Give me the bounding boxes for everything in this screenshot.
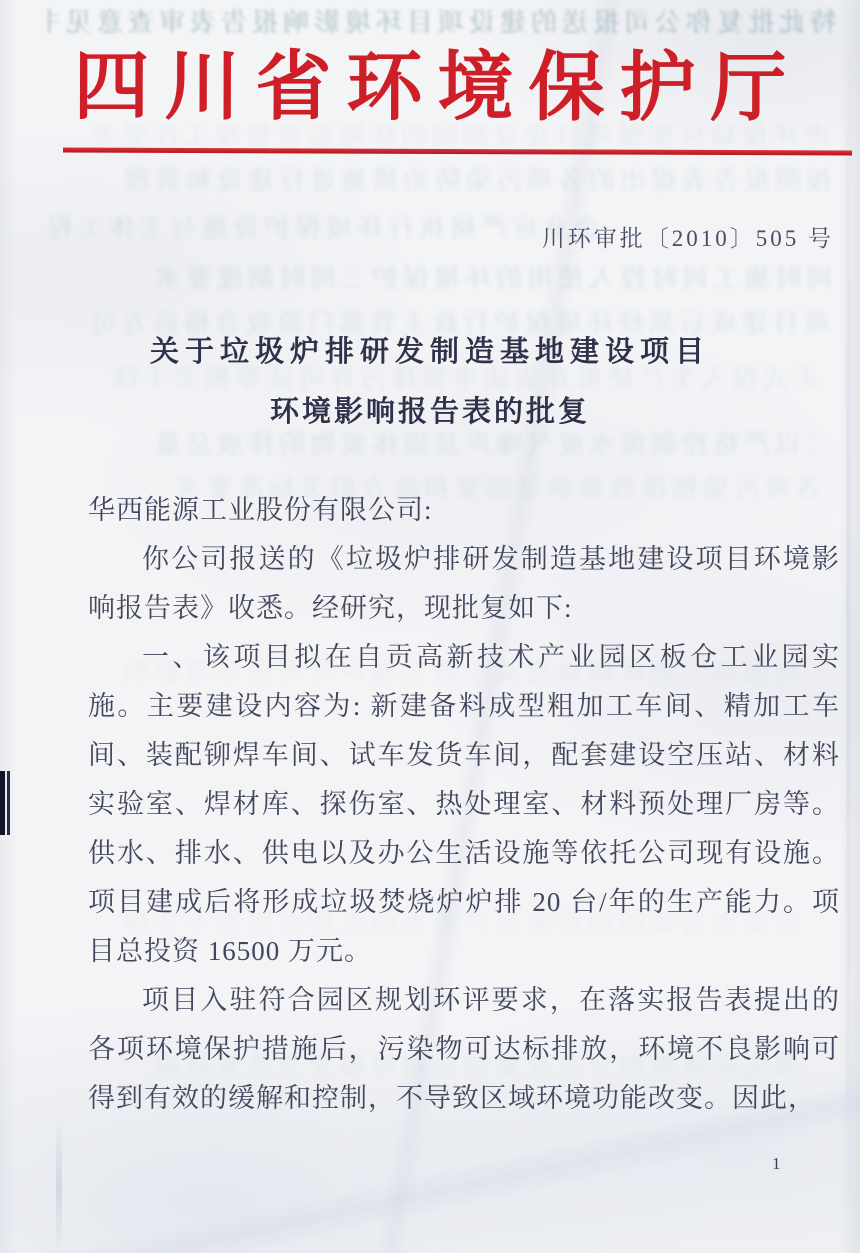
scan-artifact-mark (0, 771, 10, 835)
bleedthrough-text: 特此批复你公司报送的建设项目环境影响报告表审查意见书 (48, 2, 836, 39)
paper-crease (846, 0, 851, 1253)
scanned-document-page: 特此批复你公司报送的建设项目环境影响报告表审查意见书 市环保局应加强项目建设期间… (0, 0, 860, 1253)
letter-salutation: 华西能源工业股份有限公司: (88, 486, 840, 535)
document-title: 关于垃圾炉排研发制造基地建设项目 环境影响报告表的批复 (0, 329, 860, 430)
letterhead-agency-name: 四川省环境保护厅 (0, 37, 860, 139)
bleedthrough-text: 企业应严格执行环境保护设施与主体工程同时设计 (40, 208, 600, 245)
document-title-line-1: 关于垃圾炉排研发制造基地建设项目 (0, 329, 860, 370)
letterhead-rule (63, 147, 852, 155)
document-number: 川环审批〔2010〕505 号 (542, 220, 834, 253)
document-title-line-2: 环境影响报告表的批复 (0, 389, 860, 430)
letter-paragraph: 项目入驻符合园区规划环评要求，在落实报告表提出的各项环境保护措施后，污染物可达标… (88, 976, 840, 1123)
bleedthrough-text: 同时施工同时投入使用的环境保护三同时制度要求 (70, 258, 832, 295)
letter-paragraph: 一、该项目拟在自贡高新技术产业园区板仓工业园实施。主要建设内容为: 新建备料成型… (88, 633, 840, 976)
letter-body: 华西能源工业股份有限公司: 你公司报送的《垃圾炉排研发制造基地建设项目环境影响报… (88, 486, 840, 1123)
paper-crease (56, 1120, 62, 1253)
letter-paragraph: 你公司报送的《垃圾炉排研发制造基地建设项目环境影响报告表》收悉。经研究，现批复如… (88, 535, 840, 633)
bleedthrough-text: 按照报告表提出的各项污染防治措施进行建设和管理 (60, 160, 832, 197)
page-number: 1 (772, 1154, 781, 1174)
